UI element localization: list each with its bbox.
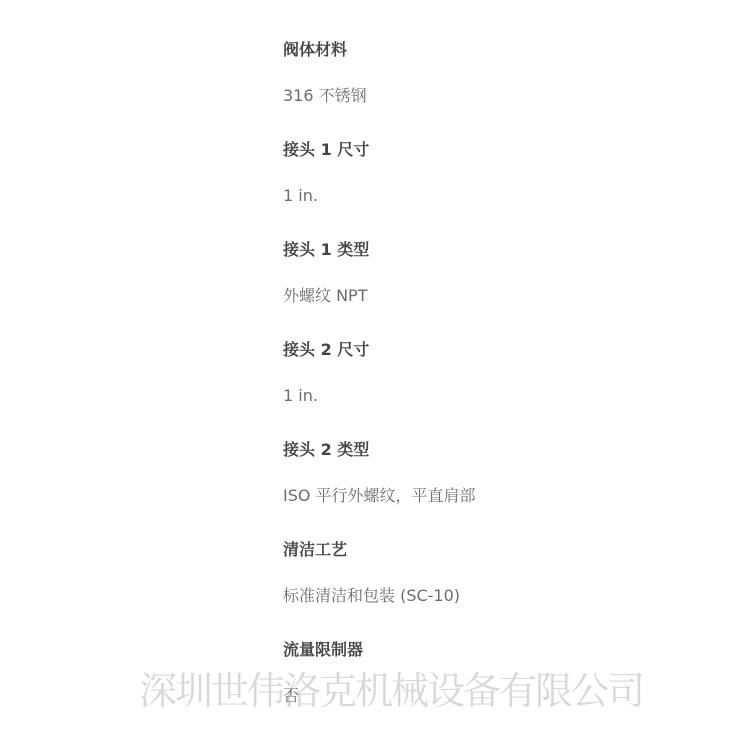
- spec-value: 标准清洁和包装 (SC-10): [283, 586, 476, 606]
- spec-value: 1 in.: [283, 386, 476, 406]
- spec-row-flow-restrictor: 流量限制器 否: [283, 640, 476, 706]
- spec-value: 316 不锈钢: [283, 86, 476, 106]
- spec-label: 接头 1 尺寸: [283, 140, 476, 160]
- spec-list: 阀体材料 316 不锈钢 接头 1 尺寸 1 in. 接头 1 类型 外螺纹 N…: [283, 40, 476, 740]
- spec-label: 接头 2 尺寸: [283, 340, 476, 360]
- spec-value: 外螺纹 NPT: [283, 286, 476, 306]
- spec-row-connection-1-type: 接头 1 类型 外螺纹 NPT: [283, 240, 476, 306]
- spec-row-cleaning-process: 清洁工艺 标准清洁和包装 (SC-10): [283, 540, 476, 606]
- spec-row-connection-1-size: 接头 1 尺寸 1 in.: [283, 140, 476, 206]
- spec-label: 流量限制器: [283, 640, 476, 660]
- spec-label: 阀体材料: [283, 40, 476, 60]
- spec-row-body-material: 阀体材料 316 不锈钢: [283, 40, 476, 106]
- spec-row-connection-2-type: 接头 2 类型 ISO 平行外螺纹，平直肩部: [283, 440, 476, 506]
- spec-label: 清洁工艺: [283, 540, 476, 560]
- spec-value: ISO 平行外螺纹，平直肩部: [283, 486, 476, 506]
- spec-label: 接头 1 类型: [283, 240, 476, 260]
- spec-value: 1 in.: [283, 186, 476, 206]
- spec-label: 接头 2 类型: [283, 440, 476, 460]
- spec-row-connection-2-size: 接头 2 尺寸 1 in.: [283, 340, 476, 406]
- spec-value: 否: [283, 686, 476, 706]
